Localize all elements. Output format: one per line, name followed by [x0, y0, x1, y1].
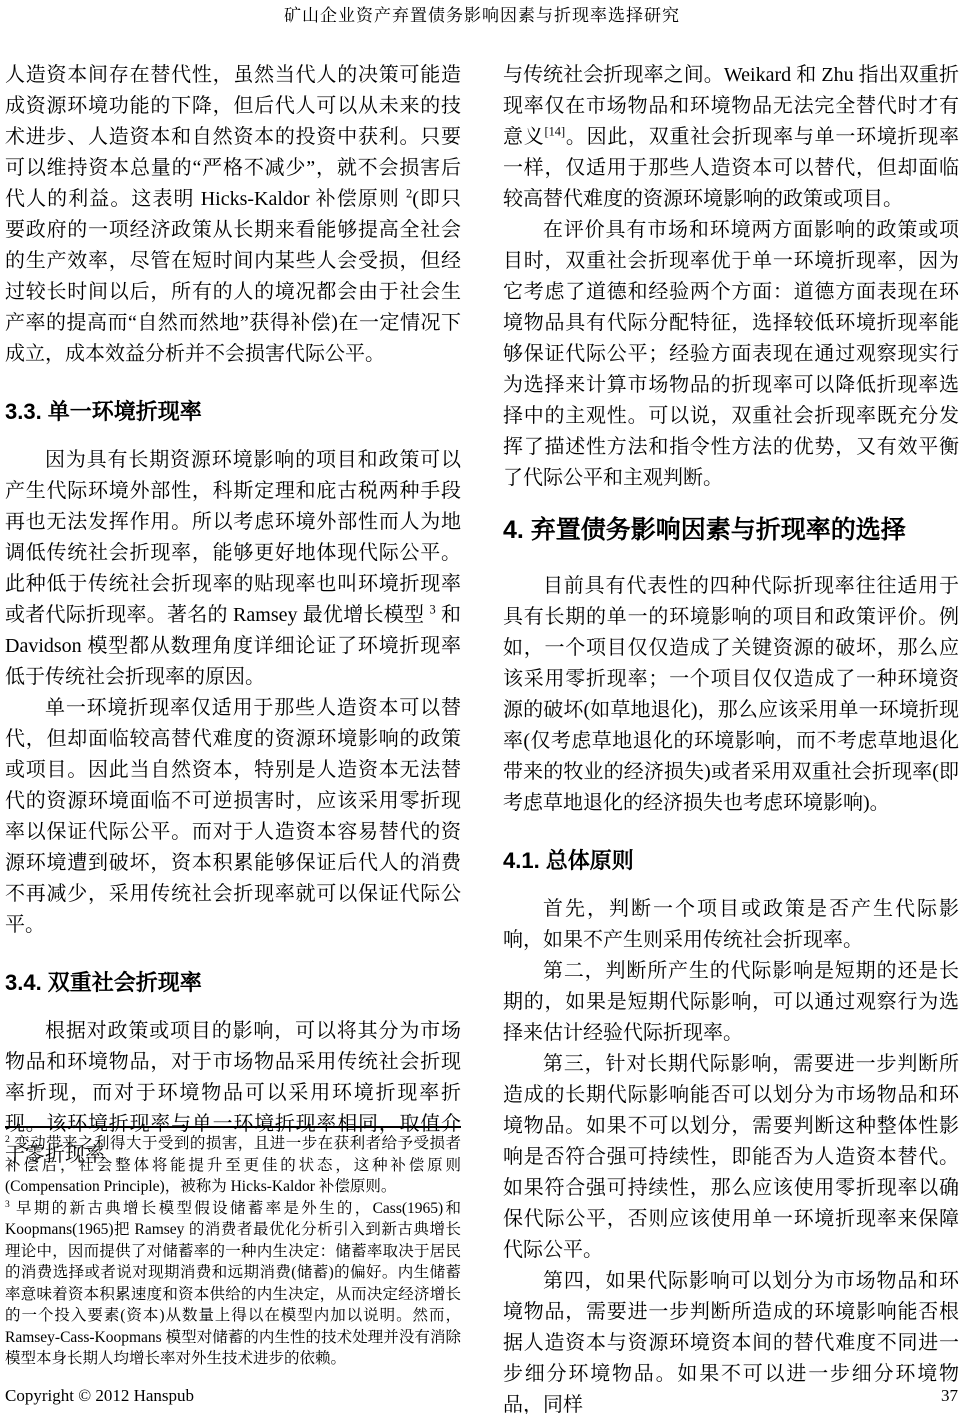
section-heading-3-3: 3.3. 单一环境折现率 [5, 397, 461, 427]
paragraph: 第二，判断所产生的代际影响是短期的还是长期的，如果是短期代际影响，可以通过观察行… [503, 956, 959, 1049]
paragraph: 人造资本间存在替代性，虽然当代人的决策可能造成资源环境功能的下降，但后代人可以从… [5, 60, 461, 370]
paragraph: 目前具有代表性的四种代际折现率往往适用于具有长期的单一的环境影响的项目和政策评价… [503, 571, 959, 819]
paper-page: 矿山企业资产弃置债务影响因素与折现率选择研究 人造资本间存在替代性，虽然当代人的… [0, 0, 964, 1414]
left-column: 人造资本间存在替代性，虽然当代人的决策可能造成资源环境功能的下降，但后代人可以从… [5, 60, 461, 1171]
paragraph: 首先，判断一个项目或政策是否产生代际影响，如果不产生则采用传统社会折现率。 [503, 894, 959, 956]
section-heading-4-1: 4.1. 总体原则 [503, 846, 959, 876]
section-heading-4: 4. 弃置债务影响因素与折现率的选择 [503, 514, 959, 546]
paragraph: 第三，针对长期代际影响，需要进一步判断所造成的长期代际影响能否可以划分为市场物品… [503, 1049, 959, 1266]
copyright-notice: Copyright © 2012 Hanspub [5, 1384, 194, 1408]
footnotes-block: 2 变动带来之利得大于受到的损害，且进一步在获利者给予受损者补偿后，社会整体将能… [5, 1126, 461, 1370]
footnote-2: 2 变动带来之利得大于受到的损害，且进一步在获利者给予受损者补偿后，社会整体将能… [5, 1133, 461, 1198]
page-footer: Copyright © 2012 Hanspub 37 [5, 1384, 958, 1408]
footnote-3: 3 早期的新古典增长模型假设储蓄率是外生的，Cass(1965)和 Koopma… [5, 1198, 461, 1370]
running-head-title: 矿山企业资产弃置债务影响因素与折现率选择研究 [0, 4, 964, 28]
paragraph: 因为具有长期资源环境影响的项目和政策可以产生代际环境外部性，科斯定理和庇古税两种… [5, 445, 461, 693]
paragraph: 单一环境折现率仅适用于那些人造资本可以替代，但却面临较高替代难度的资源环境影响的… [5, 693, 461, 941]
paragraph: 在评价具有市场和环境两方面影响的政策或项目时，双重社会折现率优于单一环境折现率，… [503, 215, 959, 494]
right-column: 与传统社会折现率之间。Weikard 和 Zhu 指出双重折现率仅在市场物品和环… [503, 60, 959, 1414]
section-heading-3-4: 3.4. 双重社会折现率 [5, 968, 461, 998]
paragraph: 与传统社会折现率之间。Weikard 和 Zhu 指出双重折现率仅在市场物品和环… [503, 60, 959, 215]
page-number: 37 [941, 1384, 958, 1408]
